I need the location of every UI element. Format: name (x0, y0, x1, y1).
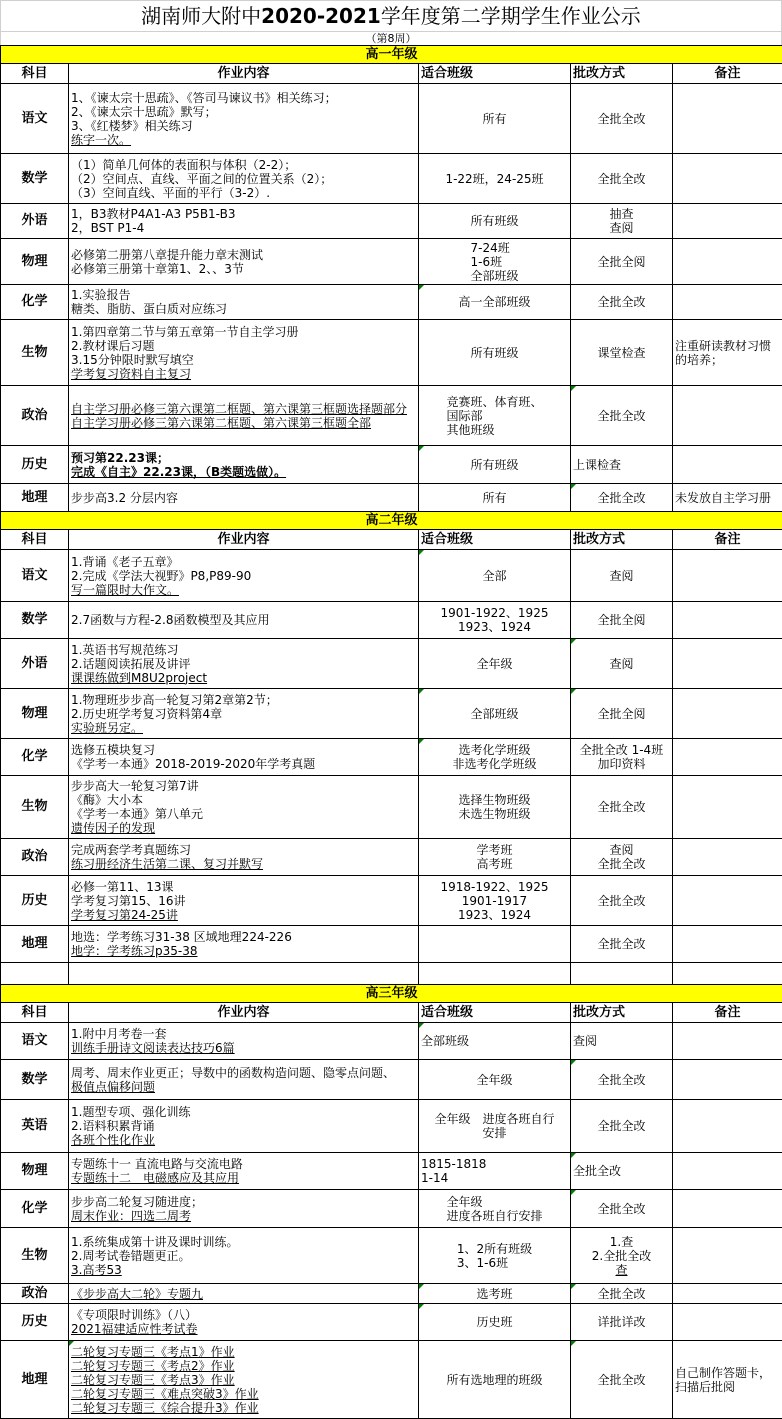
content-line: 遗传因子的发现 (71, 821, 416, 835)
classes-line: 全部班级 (470, 269, 518, 283)
content-cell: 预习第22.23课；完成《自主》22.23课，（B类题选做）。 (69, 446, 419, 484)
table-row: 生物1.第四章第二节与第五章第一节自主学习册2.教材课后习题3.15分钟限时默写… (1, 320, 782, 386)
classes-line: 所有班级 (421, 458, 568, 472)
classes-cell: 1918-1922、19251901-19171923、1924 (419, 876, 571, 926)
classes-cell: 高一全部班级 (419, 285, 571, 320)
classes-line: 所有选地理的班级 (421, 1373, 568, 1387)
note-cell (673, 1304, 782, 1341)
classes-cell: 全部班级 (419, 689, 571, 739)
method-cell: 全批全改 (571, 876, 673, 926)
comment-marker-icon (571, 1060, 576, 1065)
content-cell: 1.背诵《老子五章》2.完成《学法大视野》P8,P89-90写一篇限时大作文。 (69, 550, 419, 602)
subject-cell: 语文 (1, 550, 69, 602)
note-cell (673, 1284, 782, 1304)
subject-line: 地理 (1, 937, 68, 951)
content-cell: 步步高3.2 分层内容 (69, 484, 419, 512)
note-cell (673, 386, 782, 446)
content-line: 预习第22.23课； (71, 451, 416, 465)
note-cell: 自己制作答题卡，扫描后批阅 (673, 1341, 782, 1419)
content-cell: （1）简单几何体的表面积与体积（2-2）；（2）空间点、直线、平面之间的位置关系… (69, 154, 419, 204)
method-line: 全批全改 (573, 894, 670, 908)
note-cell (673, 1023, 782, 1060)
title-part1: 湖南师大附中 (141, 4, 261, 28)
content-cell: 1.附中月考卷一套训练手册诗文阅读表达技巧6篇 (69, 1023, 419, 1060)
content-line: 《步步高大二轮》专题九 (71, 1287, 416, 1301)
subject-line: 数学 (1, 613, 68, 627)
content-cell: 完成两套学考真题练习练习册经济生活第二课、复习并默写 (69, 839, 419, 876)
subject-cell: 语文 (1, 1023, 69, 1060)
content-cell: 步步高大一轮复习第7讲《酶》大小本《学考一本通》第八单元遗传因子的发现 (69, 776, 419, 839)
content-line: （1）简单几何体的表面积与体积（2-2）； (71, 158, 416, 172)
classes-line: 学考班 (421, 843, 568, 857)
classes-cell (419, 963, 571, 985)
method-cell: 查阅 (571, 1023, 673, 1060)
table-row: 化学选修五模块复习《学考一本通》2018-2019-2020年学考真题选考化学班… (1, 739, 782, 776)
method-cell: 详批详改 (571, 1304, 673, 1341)
note-cell (673, 776, 782, 839)
note-line: 注重研读教材习惯的培养； (675, 339, 780, 367)
comment-marker-icon (571, 1284, 576, 1289)
content-line: 完成两套学考真题练习 (71, 843, 416, 857)
table-row: 语文1.附中月考卷一套训练手册诗文阅读表达技巧6篇全部班级查阅 (1, 1023, 782, 1060)
note-cell (673, 204, 782, 239)
content-cell: 1.第四章第二节与第五章第一节自主学习册2.教材课后习题3.15分钟限时默写填空… (69, 320, 419, 386)
method-cell: 全批全改 (571, 776, 673, 839)
note-cell (673, 602, 782, 639)
content-cell: 1.物理班步步高一轮复习第2章第2节；2.历史班学考复习资料第4章实验班另定。 (69, 689, 419, 739)
content-line: 1.第四章第二节与第五章第一节自主学习册 (71, 325, 416, 339)
note-cell (673, 1228, 782, 1284)
subject-line: 英语 (1, 1119, 68, 1133)
classes-line: 国际部 (446, 409, 542, 423)
note-line: 未发放自主学习册 (675, 491, 780, 505)
content-line: 3.高考53 (71, 1263, 416, 1277)
classes-line: 全年级 (421, 657, 568, 671)
section-banner-row: 高一年级 (1, 46, 782, 64)
note-cell (673, 1060, 782, 1100)
content-line: 2.教材课后习题 (71, 339, 416, 353)
method-line: 全批全改 (573, 172, 670, 186)
subject-cell: 历史 (1, 1304, 69, 1341)
comment-marker-icon (571, 1153, 576, 1158)
note-cell (673, 1100, 782, 1153)
method-line: 全批全改 (573, 857, 670, 871)
table-row: 外语1，B3教材P4A1-A3 P5B1-B32，BST P1-4所有班级抽查查… (1, 204, 782, 239)
method-line: 抽查 (573, 207, 670, 221)
column-header: 批改方式 (571, 64, 673, 84)
subject-cell: 政治 (1, 839, 69, 876)
content-line: 1.系统集成第十讲及课时训练。 (71, 1235, 416, 1249)
comment-marker-icon (571, 1190, 576, 1195)
classes-line: 1923、1924 (421, 620, 568, 634)
content-line: 1，B3教材P4A1-A3 P5B1-B3 (71, 207, 416, 221)
content-line: 1.附中月考卷一套 (71, 1027, 416, 1041)
content-line: 必修第三册第十章第1、2、、3节 (71, 262, 416, 276)
classes-line: 所有 (421, 491, 568, 505)
classes-cell: 所有 (419, 84, 571, 154)
method-cell: 课堂检查 (571, 320, 673, 386)
subject-cell: 外语 (1, 639, 69, 689)
method-cell: 全批全改 (571, 1190, 673, 1228)
comment-marker-icon (571, 689, 576, 694)
content-line: 1.题型专项、强化训练 (71, 1105, 416, 1119)
column-header: 作业内容 (69, 530, 419, 550)
content-line: 地学：学考练习p35-38 (71, 944, 416, 958)
note-cell (673, 926, 782, 963)
subject-cell (1, 963, 69, 985)
table-row: 政治自主学习册必修三第六课第二框题、第六课第三框题选择题部分自主学习册必修三第六… (1, 386, 782, 446)
classes-cell: 1815-18181-14 (419, 1153, 571, 1190)
table-row (1, 963, 782, 985)
content-line: 1、《谏太宗十思疏》、《答司马谏议书》相关练习； (71, 91, 416, 105)
content-line: 步步高大一轮复习第7讲 (71, 779, 416, 793)
column-header: 科目 (1, 1003, 69, 1023)
method-line: 全批全改 (573, 112, 670, 126)
column-header: 备注 (673, 64, 782, 84)
method-line: 全批全改 (573, 1164, 670, 1178)
classes-line: 1901-1917 (421, 894, 568, 908)
subject-line: 数学 (1, 172, 68, 186)
content-line: 自主学习册必修三第六课第二框题、第六课第三框题全部 (71, 416, 416, 430)
method-cell: 全批全改 (571, 1284, 673, 1304)
method-cell: 查阅 (571, 550, 673, 602)
content-line: 完成《自主》22.23课，（B类题选做）。 (71, 465, 416, 479)
content-line: 自主学习册必修三第六课第二框题、第六课第三框题选择题部分 (71, 402, 416, 416)
note-cell (673, 689, 782, 739)
subject-cell: 地理 (1, 484, 69, 512)
subject-cell: 历史 (1, 446, 69, 484)
subject-line: 历史 (1, 894, 68, 908)
content-line: 极值点偏移问题 (71, 1080, 416, 1094)
column-header: 适合班级 (419, 530, 571, 550)
classes-cell: 全部 (419, 550, 571, 602)
page-title: 湖南师大附中2020-2021学年度第二学期学生作业公示 (1, 1, 781, 32)
table-row: 生物1.系统集成第十讲及课时训练。2.周考试卷错题更正。3.高考531、2所有班… (1, 1228, 782, 1284)
method-line: 全批全阅 (573, 707, 670, 721)
column-header: 作业内容 (69, 64, 419, 84)
table-row: 数学2.7函数与方程-2.8函数模型及其应用1901-1922、19251923… (1, 602, 782, 639)
content-line: 二轮复习专题三《考点3》作业 (71, 1373, 416, 1387)
classes-line: 非选考化学班级 (421, 757, 568, 771)
note-cell (673, 1153, 782, 1190)
content-line: 周末作业：四选二周考 (71, 1209, 416, 1223)
table-row: 政治《步步高大二轮》专题九选考班全批全改 (1, 1284, 782, 1304)
content-line: 2、《谏太宗十思疏》默写； (71, 105, 416, 119)
section-banner-row: 高三年级 (1, 985, 782, 1003)
content-line: 二轮复习专题三《难点突破3》作业 (71, 1387, 416, 1401)
content-line: 步步高3.2 分层内容 (71, 491, 416, 505)
content-line: 实验班另定。 (71, 721, 416, 735)
method-line: 全批全改 (573, 1073, 670, 1087)
subject-cell: 生物 (1, 1228, 69, 1284)
note-cell (673, 963, 782, 985)
content-line: 《学考一本通》第八单元 (71, 807, 416, 821)
method-cell: 全批全改 (571, 386, 673, 446)
classes-cell: 1、2所有班级3、1-6班 (419, 1228, 571, 1284)
classes-line: 1918-1922、1925 (421, 880, 568, 894)
content-line: 2.话题阅读拓展及讲评 (71, 657, 416, 671)
method-line: 全批全改 (573, 1119, 670, 1133)
column-header-row: 科目作业内容适合班级批改方式备注 (1, 1003, 782, 1023)
content-cell (69, 963, 419, 985)
column-header: 科目 (1, 64, 69, 84)
homework-table: 高一年级科目作业内容适合班级批改方式备注语文1、《谏太宗十思疏》、《答司马谏议书… (0, 45, 782, 1419)
content-line: 2021福建适应性考试卷 (71, 1322, 416, 1336)
classes-line: 全年级 进度各班自行 (421, 1112, 568, 1126)
classes-line: 高一全部班级 (421, 295, 568, 309)
classes-cell: 所有 (419, 484, 571, 512)
content-line: 专题练十一 直流电路与交流电路 (71, 1157, 416, 1171)
method-cell: 全批全改 (571, 484, 673, 512)
subject-cell: 地理 (1, 926, 69, 963)
method-line: 全批全改 (573, 1202, 670, 1216)
method-line: 1.查 (573, 1235, 670, 1249)
method-line: 查 (573, 1263, 670, 1277)
content-line: 2.语料积累背诵 (71, 1119, 416, 1133)
method-line: 加印资料 (573, 757, 670, 771)
note-cell (673, 739, 782, 776)
column-header-row: 科目作业内容适合班级批改方式备注 (1, 64, 782, 84)
method-cell: 全批全阅 (571, 602, 673, 639)
subject-cell: 历史 (1, 876, 69, 926)
subject-cell: 数学 (1, 154, 69, 204)
comment-marker-icon (419, 446, 424, 451)
subject-line: 历史 (1, 1315, 68, 1329)
method-cell: 全批全改 (571, 926, 673, 963)
page-subtitle: （第8周） (1, 32, 781, 45)
content-line: 选修五模块复习 (71, 743, 416, 757)
subject-line: 物理 (1, 707, 68, 721)
method-line: 查阅 (573, 843, 670, 857)
classes-line: 全部 (421, 569, 568, 583)
classes-cell: 历史班 (419, 1304, 571, 1341)
content-cell: 《专项限时训练》（八）2021福建适应性考试卷 (69, 1304, 419, 1341)
content-line: 必修一第11、13课 (71, 880, 416, 894)
comment-marker-icon (419, 1023, 424, 1028)
classes-cell: 全部班级 (419, 1023, 571, 1060)
method-line: 全批全改 (573, 295, 670, 309)
table-row: 历史预习第22.23课；完成《自主》22.23课，（B类题选做）。所有班级上课检… (1, 446, 782, 484)
content-cell: 1.英语书写规范练习2.话题阅读拓展及讲评课课练做到M8U2project (69, 639, 419, 689)
content-line: 1.英语书写规范练习 (71, 643, 416, 657)
method-cell: 全批全阅 (571, 689, 673, 739)
table-row: 物理必修第二册第八章提升能力章末测试必修第三册第十章第1、2、、3节7-24班1… (1, 239, 782, 285)
method-line: 2.全批全改 (573, 1249, 670, 1263)
classes-cell: 学考班高考班 (419, 839, 571, 876)
content-line: 练习册经济生活第二课、复习并默写 (71, 857, 416, 871)
subject-line: 化学 (1, 750, 68, 764)
classes-line: 全年级 (446, 1195, 542, 1209)
subject-line: 物理 (1, 1164, 68, 1178)
content-line: 糖类、脂肪、蛋白质对应练习 (71, 302, 416, 316)
subject-line: 生物 (1, 1249, 68, 1263)
note-line: 自己制作答题卡，扫描后批阅 (675, 1366, 780, 1394)
method-cell: 全批全改 (571, 1100, 673, 1153)
classes-cell: 1-22班，24-25班 (419, 154, 571, 204)
content-cell: 自主学习册必修三第六课第二框题、第六课第三框题选择题部分自主学习册必修三第六课第… (69, 386, 419, 446)
subject-cell: 数学 (1, 1060, 69, 1100)
classes-line: 1、2所有班级 (457, 1242, 532, 1256)
classes-line: 安排 (421, 1126, 568, 1140)
classes-cell: 选考班 (419, 1284, 571, 1304)
subject-cell: 英语 (1, 1100, 69, 1153)
subject-line: 化学 (1, 1202, 68, 1216)
content-line: 3.15分钟限时默写填空 (71, 353, 416, 367)
content-line: 《学考一本通》2018-2019-2020年学考真题 (71, 757, 416, 771)
table-row: 历史必修一第11、13课学考复习第15、16讲学考复习第24-25讲1918-1… (1, 876, 782, 926)
method-line: 全批全改 (573, 1287, 670, 1301)
method-cell: 全批全改 (571, 154, 673, 204)
classes-cell: 选择生物班级未选生物班级 (419, 776, 571, 839)
content-line: 周考、周末作业更正；导数中的函数构造问题、隐零点问题、 (71, 1066, 416, 1080)
content-cell: 必修一第11、13课学考复习第15、16讲学考复习第24-25讲 (69, 876, 419, 926)
table-row: 物理1.物理班步步高一轮复习第2章第2节；2.历史班学考复习资料第4章实验班另定… (1, 689, 782, 739)
table-row: 语文1.背诵《老子五章》2.完成《学法大视野》P8,P89-90写一篇限时大作文… (1, 550, 782, 602)
content-cell: 1.实验报告糖类、脂肪、蛋白质对应练习 (69, 285, 419, 320)
comment-marker-icon (419, 739, 424, 744)
subject-cell: 政治 (1, 386, 69, 446)
note-cell (673, 839, 782, 876)
classes-cell: 所有班级 (419, 446, 571, 484)
content-line: 学考复习第15、16讲 (71, 894, 416, 908)
comment-marker-icon (571, 484, 576, 489)
content-cell: 1.系统集成第十讲及课时训练。2.周考试卷错题更正。3.高考53 (69, 1228, 419, 1284)
content-line: 学考复习资料自主复习 (71, 367, 416, 381)
content-line: 必修第二册第八章提升能力章末测试 (71, 248, 416, 262)
comment-marker-icon (419, 1304, 424, 1309)
subject-cell: 地理 (1, 1341, 69, 1419)
content-cell: 地选：学考练习31-38 区域地理224-226地学：学考练习p35-38 (69, 926, 419, 963)
content-line: 二轮复习专题三《考点1》作业 (71, 1345, 416, 1359)
method-cell: 全批全改 (571, 1341, 673, 1419)
content-line: 2.周考试卷错题更正。 (71, 1249, 416, 1263)
method-line: 查阅 (573, 657, 670, 671)
subject-cell: 物理 (1, 689, 69, 739)
method-cell: 查阅全批全改 (571, 839, 673, 876)
classes-cell: 全年级进度各班自行安排 (419, 1190, 571, 1228)
section-banner-row: 高二年级 (1, 512, 782, 530)
table-row: 化学步步高二轮复习随进度；周末作业：四选二周考全年级进度各班自行安排全批全改 (1, 1190, 782, 1228)
note-cell (673, 639, 782, 689)
content-cell: 周考、周末作业更正；导数中的函数构造问题、隐零点问题、极值点偏移问题 (69, 1060, 419, 1100)
subject-line: 生物 (1, 346, 68, 360)
subject-line: 物理 (1, 255, 68, 269)
section-banner: 高三年级 (1, 985, 782, 1003)
classes-cell: 全年级 (419, 1060, 571, 1100)
table-row: 化学1.实验报告糖类、脂肪、蛋白质对应练习高一全部班级全批全改 (1, 285, 782, 320)
classes-cell: 所有班级 (419, 320, 571, 386)
subject-cell: 生物 (1, 776, 69, 839)
method-line: 查阅 (573, 569, 670, 583)
table-row: 数学（1）简单几何体的表面积与体积（2-2）；（2）空间点、直线、平面之间的位置… (1, 154, 782, 204)
subject-line: 化学 (1, 295, 68, 309)
column-header: 适合班级 (419, 64, 571, 84)
subject-line: 地理 (1, 1373, 68, 1387)
classes-cell: 竞赛班、体育班、国际部其他班级 (419, 386, 571, 446)
content-cell: 1.题型专项、强化训练2.语料积累背诵各班个性化作业 (69, 1100, 419, 1153)
method-line: 查阅 (573, 221, 670, 235)
classes-cell (419, 926, 571, 963)
method-line: 全批全改 (573, 1373, 670, 1387)
subject-cell: 化学 (1, 285, 69, 320)
content-cell: 步步高二轮复习随进度；周末作业：四选二周考 (69, 1190, 419, 1228)
content-line: 1.背诵《老子五章》 (71, 555, 416, 569)
subject-cell: 数学 (1, 602, 69, 639)
classes-line: 1901-1922、1925 (421, 606, 568, 620)
classes-line: 1-6班 (470, 255, 518, 269)
column-header: 批改方式 (571, 1003, 673, 1023)
method-cell: 全批全改 (571, 1060, 673, 1100)
subject-line: 语文 (1, 112, 68, 126)
classes-line: 1-22班，24-25班 (421, 172, 568, 186)
comment-marker-icon (419, 689, 424, 694)
subject-line: 政治 (1, 1287, 68, 1301)
content-line: 写一篇限时大作文。 (71, 583, 416, 597)
content-line: 地选：学考练习31-38 区域地理224-226 (71, 930, 416, 944)
method-cell: 全批全改 (571, 285, 673, 320)
title-part3: 学年度第二学期学生作业公示 (381, 4, 641, 28)
subject-line: 数学 (1, 1073, 68, 1087)
classes-line: 竞赛班、体育班、 (446, 395, 542, 409)
subject-cell: 物理 (1, 239, 69, 285)
method-line: 查阅 (573, 1034, 670, 1048)
classes-line: 选考班 (421, 1287, 568, 1301)
content-line: 二轮复习专题三《综合提升3》作业 (71, 1401, 416, 1415)
method-cell: 全批全改 (571, 84, 673, 154)
comment-marker-icon (571, 639, 576, 644)
method-line: 全批全阅 (573, 613, 670, 627)
method-line: 全批全改 1-4班 (573, 743, 670, 757)
classes-line: 选择生物班级 (421, 793, 568, 807)
content-line: （3）空间直线、平面的平行（3-2）. (71, 186, 416, 200)
subject-cell: 政治 (1, 1284, 69, 1304)
table-row: 物理专题练十一 直流电路与交流电路专题练十二 电磁感应及其应用1815-1818… (1, 1153, 782, 1190)
table-row: 地理二轮复习专题三《考点1》作业二轮复习专题三《考点2》作业二轮复习专题三《考点… (1, 1341, 782, 1419)
content-line: 2.完成《学法大视野》P8,P89-90 (71, 569, 416, 583)
method-line: 全批全改 (573, 491, 670, 505)
content-line: 《酶》大小本 (71, 793, 416, 807)
content-line: 3、《红楼梦》相关练习 (71, 119, 416, 133)
classes-line: 未选生物班级 (421, 807, 568, 821)
section-banner: 高一年级 (1, 46, 782, 64)
classes-cell: 所有班级 (419, 204, 571, 239)
note-cell (673, 84, 782, 154)
content-line: 1.实验报告 (71, 288, 416, 302)
method-cell: 全批全改 (571, 1153, 673, 1190)
content-line: 2.历史班学考复习资料第4章 (71, 707, 416, 721)
title-part2: 2020-2021 (261, 4, 381, 28)
classes-line: 进度各班自行安排 (446, 1209, 542, 1223)
content-line: （2）空间点、直线、平面之间的位置关系（2）； (71, 172, 416, 186)
table-row: 历史《专项限时训练》（八）2021福建适应性考试卷历史班详批详改 (1, 1304, 782, 1341)
classes-line: 全年级 (421, 1073, 568, 1087)
content-line: 专题练十二 电磁感应及其应用 (71, 1171, 416, 1185)
method-cell: 全批全改 1-4班加印资料 (571, 739, 673, 776)
comment-marker-icon (69, 1341, 74, 1346)
content-line: 训练手册诗文阅读表达技巧6篇 (71, 1041, 416, 1055)
subject-cell: 化学 (1, 739, 69, 776)
content-cell: 2.7函数与方程-2.8函数模型及其应用 (69, 602, 419, 639)
content-cell: 《步步高大二轮》专题九 (69, 1284, 419, 1304)
subject-cell: 化学 (1, 1190, 69, 1228)
classes-cell: 7-24班1-6班全部班级 (419, 239, 571, 285)
subject-line: 外语 (1, 657, 68, 671)
method-cell: 上课检查 (571, 446, 673, 484)
column-header: 适合班级 (419, 1003, 571, 1023)
method-cell: 1.查2.全批全改查 (571, 1228, 673, 1284)
classes-line: 所有班级 (421, 346, 568, 360)
content-cell: 二轮复习专题三《考点1》作业二轮复习专题三《考点2》作业二轮复习专题三《考点3》… (69, 1341, 419, 1419)
